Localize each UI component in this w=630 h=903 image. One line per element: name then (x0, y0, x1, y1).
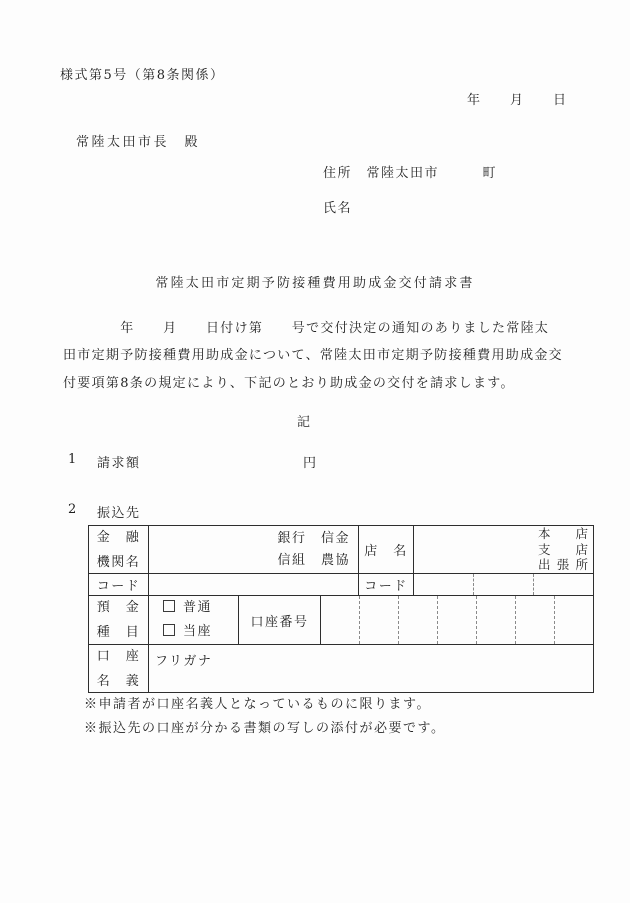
body-paragraph: 年 月 日付け第 号で交付決定の通知のありました常陸太 田市定期予防接種費用助成… (63, 315, 577, 397)
holder-header: 口 座 名 義 (89, 645, 149, 692)
option-ordinary: 普通 (163, 596, 238, 620)
account-digit-box[interactable] (515, 596, 554, 644)
document-title: 常陸太田市定期予防接種費用助成金交付請求書 (0, 272, 630, 291)
account-digit-box[interactable] (554, 596, 593, 644)
table-row-account: 預 金 種 目 普通 当座 口座番号 (89, 595, 593, 644)
item1-label: 請求額 (97, 452, 141, 471)
addressee-line: 常陸太田市長 殿 (76, 131, 200, 150)
checkbox-ordinary[interactable] (163, 600, 175, 612)
branch-name-field[interactable]: 本 店 支 店 出張所 (414, 526, 593, 573)
account-number-field (321, 596, 593, 644)
paragraph-line: 年 月 日付け第 号で交付決定の通知のありました常陸太 (63, 315, 577, 342)
account-digit-box[interactable] (437, 596, 476, 644)
deposit-type-options: 普通 当座 (149, 596, 239, 644)
transfer-account-table: 金 融 機関名 銀行 信金 信組 農協 店 名 本 店 支 店 出張所 コード (88, 525, 594, 693)
account-digit-box[interactable] (321, 596, 359, 644)
bank-code-header: コード (89, 574, 149, 595)
document-page: 様式第5号（第8条関係） 年 月 日 常陸太田市長 殿 住所 常陸太田市 町 氏… (0, 0, 630, 903)
table-row-codes: コード コード (89, 573, 593, 595)
address-line: 住所 常陸太田市 町 (323, 162, 497, 181)
paragraph-line: 田市定期予防接種費用助成金について、常陸太田市定期予防接種費用助成金交 (63, 342, 577, 369)
item1-unit-yen: 円 (303, 452, 318, 471)
account-digit-box[interactable] (398, 596, 437, 644)
branch-code-digit-box[interactable] (473, 574, 533, 595)
date-year-label: 年 (467, 89, 482, 108)
account-number-header: 口座番号 (239, 596, 321, 644)
item2-label: 振込先 (97, 502, 141, 521)
table-row-holder: 口 座 名 義 フリガナ (89, 644, 593, 692)
option-current: 当座 (163, 620, 238, 644)
bank-code-field (149, 574, 359, 595)
branch-code-field (414, 574, 593, 595)
item1-number: 1 (68, 452, 78, 467)
holder-name-field[interactable]: フリガナ (149, 645, 593, 692)
name-label: 氏名 (323, 197, 352, 216)
record-mark: 記 (297, 411, 312, 430)
note-account-holder: ※申請者が口座名義人となっているものに限ります。 (84, 693, 431, 712)
date-month-label: 月 (510, 89, 525, 108)
branch-name-header: 店 名 (359, 526, 414, 573)
item2-number: 2 (68, 502, 78, 517)
furigana-label: フリガナ (155, 650, 593, 669)
checkbox-current[interactable] (163, 624, 175, 636)
institution-name-field[interactable]: 銀行 信金 信組 農協 (149, 526, 359, 573)
table-row-institution: 金 融 機関名 銀行 信金 信組 農協 店 名 本 店 支 店 出張所 (89, 526, 593, 573)
fin-inst-header: 金 融 機関名 (89, 526, 149, 573)
account-digit-box[interactable] (359, 596, 398, 644)
branch-code-digit-box[interactable] (414, 574, 473, 595)
account-digit-box[interactable] (476, 596, 515, 644)
branch-code-digit-box[interactable] (533, 574, 593, 595)
branch-code-header: コード (359, 574, 414, 595)
note-attachment: ※振込先の口座が分かる書類の写しの添付が必要です。 (84, 717, 445, 736)
paragraph-line: 付要項第8条の規定により、下記のとおり助成金の交付を請求します。 (63, 370, 577, 397)
form-number: 様式第5号（第8条関係） (60, 64, 225, 83)
deposit-type-header: 預 金 種 目 (89, 596, 149, 644)
date-day-label: 日 (553, 89, 568, 108)
